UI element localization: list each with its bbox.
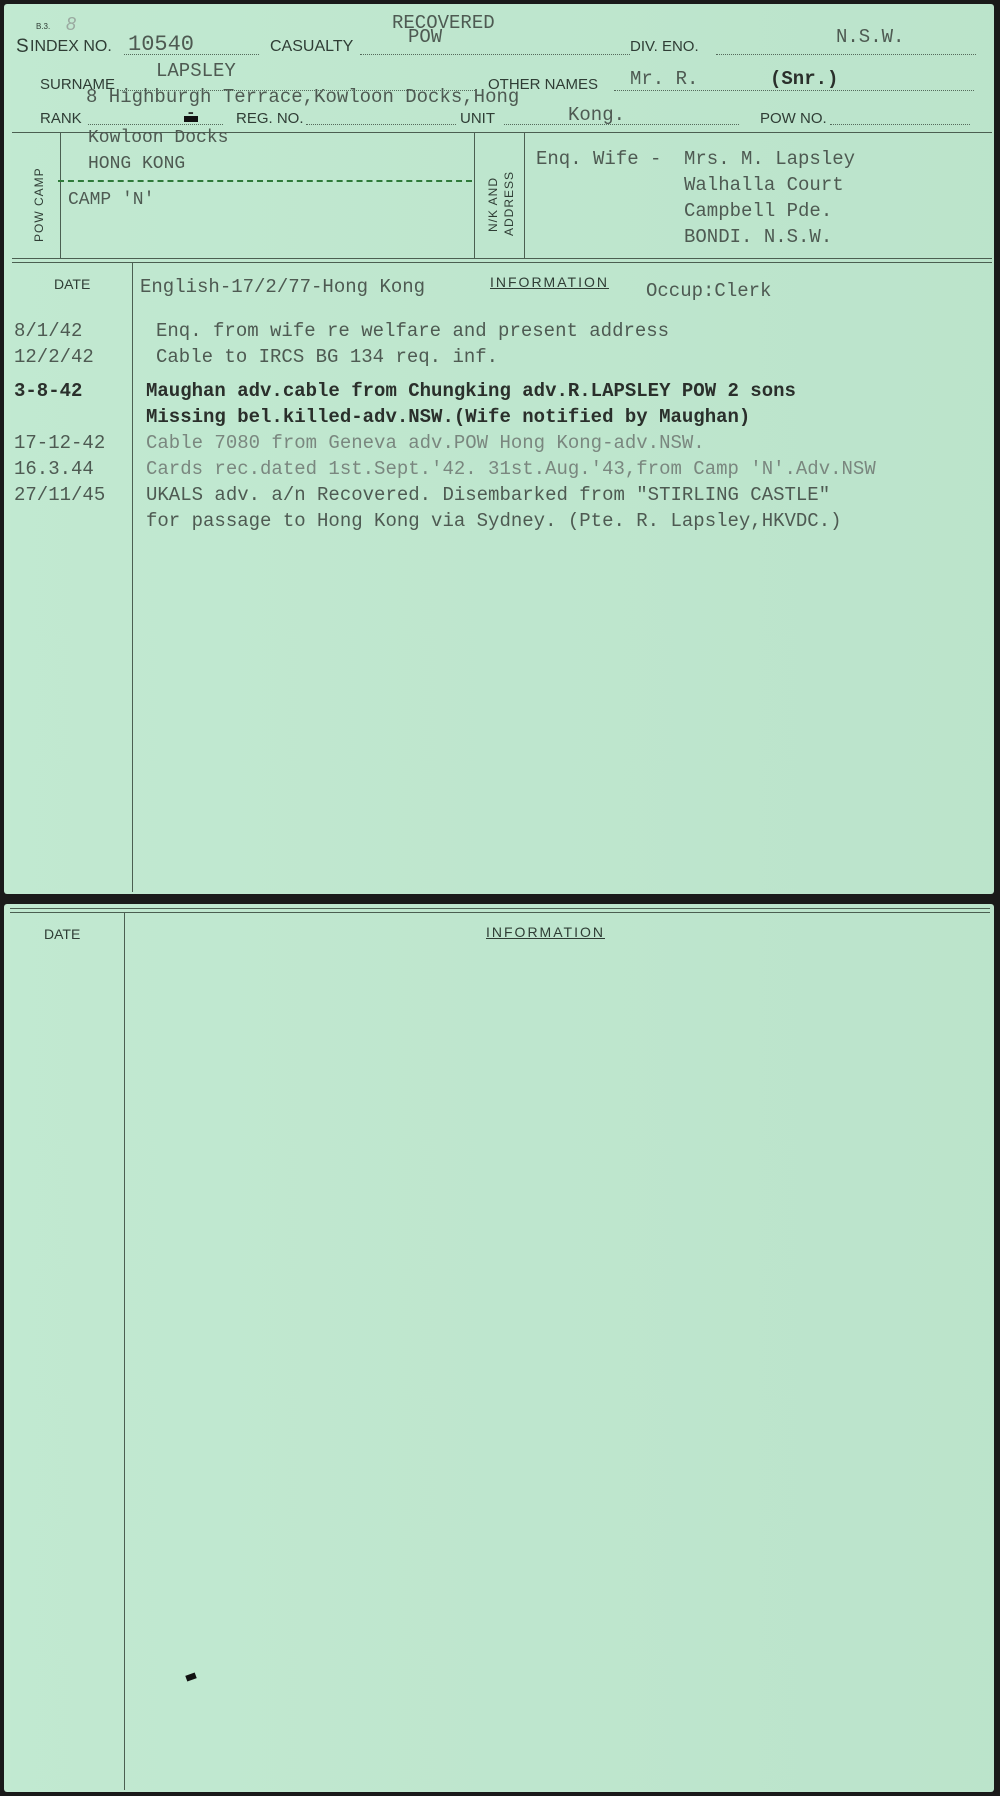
form-code-annotation: 8 — [66, 14, 76, 35]
address-label: ADDRESS — [502, 171, 516, 236]
entry-text: Enq. from wife re welfare and present ad… — [156, 320, 669, 342]
nk-address-line-3: Campbell Pde. — [684, 200, 832, 222]
entry-date: 16.3.44 — [14, 458, 94, 480]
casualty-value-pow: POW — [408, 26, 442, 48]
nk-address-line-4: BONDI. N.S.W. — [684, 226, 832, 248]
entry-text: for passage to Hong Kong via Sydney. (Pt… — [146, 510, 842, 532]
other-names-suffix: (Snr.) — [770, 68, 838, 90]
entry-text: Maughan adv.cable from Chungking adv.R.L… — [146, 380, 796, 402]
surname-value: LAPSLEY — [156, 60, 236, 82]
reg-no-label: REG. No. — [236, 110, 304, 127]
unit-label: UNIT — [460, 110, 495, 127]
header-note-right: Occup:Clerk — [646, 280, 771, 302]
ink-mark — [185, 1672, 196, 1681]
other-names-value: Mr. R. — [630, 68, 698, 90]
div-eno-label: DIV. ENO. — [630, 38, 699, 55]
entry-date: 8/1/42 — [14, 320, 82, 342]
pow-camp-line-2: HONG KONG — [88, 154, 185, 174]
pow-camp-label: POW CAMP — [32, 167, 46, 242]
ink-mark — [184, 116, 198, 122]
pow-no-label: POW No. — [760, 110, 827, 127]
entry-text: Missing bel.killed-adv.NSW.(Wife notifie… — [146, 406, 750, 428]
index-card-front: B.3. 8 S INDEX No. 10540 CASUALTY RECOVE… — [4, 4, 994, 894]
back-information-column-header: INFORMATION — [486, 924, 605, 940]
entry-text: UKALS adv. a/n Recovered. Disembarked fr… — [146, 484, 830, 506]
address-line: 8 Highburgh Terrace,Kowloon Docks,Hong — [86, 86, 519, 108]
pow-camp-line-1: Kowloon Docks — [88, 128, 228, 148]
index-prefix: S — [16, 36, 29, 58]
entry-date: 27/11/45 — [14, 484, 105, 506]
entry-date: 12/2/42 — [14, 346, 94, 368]
index-card-back: DATE INFORMATION — [4, 904, 994, 1792]
pow-camp-line-3: CAMP 'N' — [68, 190, 154, 210]
entry-text: Cable to IRCS BG 134 req. inf. — [156, 346, 498, 368]
rank-label: RANK — [40, 110, 82, 127]
entry-text: Cards rec.dated 1st.Sept.'42. 31st.Aug.'… — [146, 458, 876, 480]
nk-address-line-1: Mrs. M. Lapsley — [684, 148, 855, 170]
index-no-label: INDEX No. — [30, 38, 112, 56]
nk-address-line-2: Walhalla Court — [684, 174, 844, 196]
entry-date: 3-8-42 — [14, 380, 82, 402]
nk-prefix: Enq. Wife - — [536, 148, 661, 170]
header-note-left: English-17/2/77-Hong Kong — [140, 276, 425, 298]
unit-address-cont: Kong. — [568, 104, 625, 126]
date-column-header: DATE — [54, 276, 90, 292]
div-eno-value: N.S.W. — [836, 26, 904, 48]
back-date-column-header: DATE — [44, 926, 80, 942]
form-code: B.3. — [36, 22, 50, 31]
nk-label: N/K AND — [486, 177, 500, 232]
casualty-label: CASUALTY — [270, 38, 353, 56]
entry-date: 17-12-42 — [14, 432, 105, 454]
entry-text: Cable 7080 from Geneva adv.POW Hong Kong… — [146, 432, 705, 454]
information-column-header: INFORMATION — [490, 274, 609, 290]
